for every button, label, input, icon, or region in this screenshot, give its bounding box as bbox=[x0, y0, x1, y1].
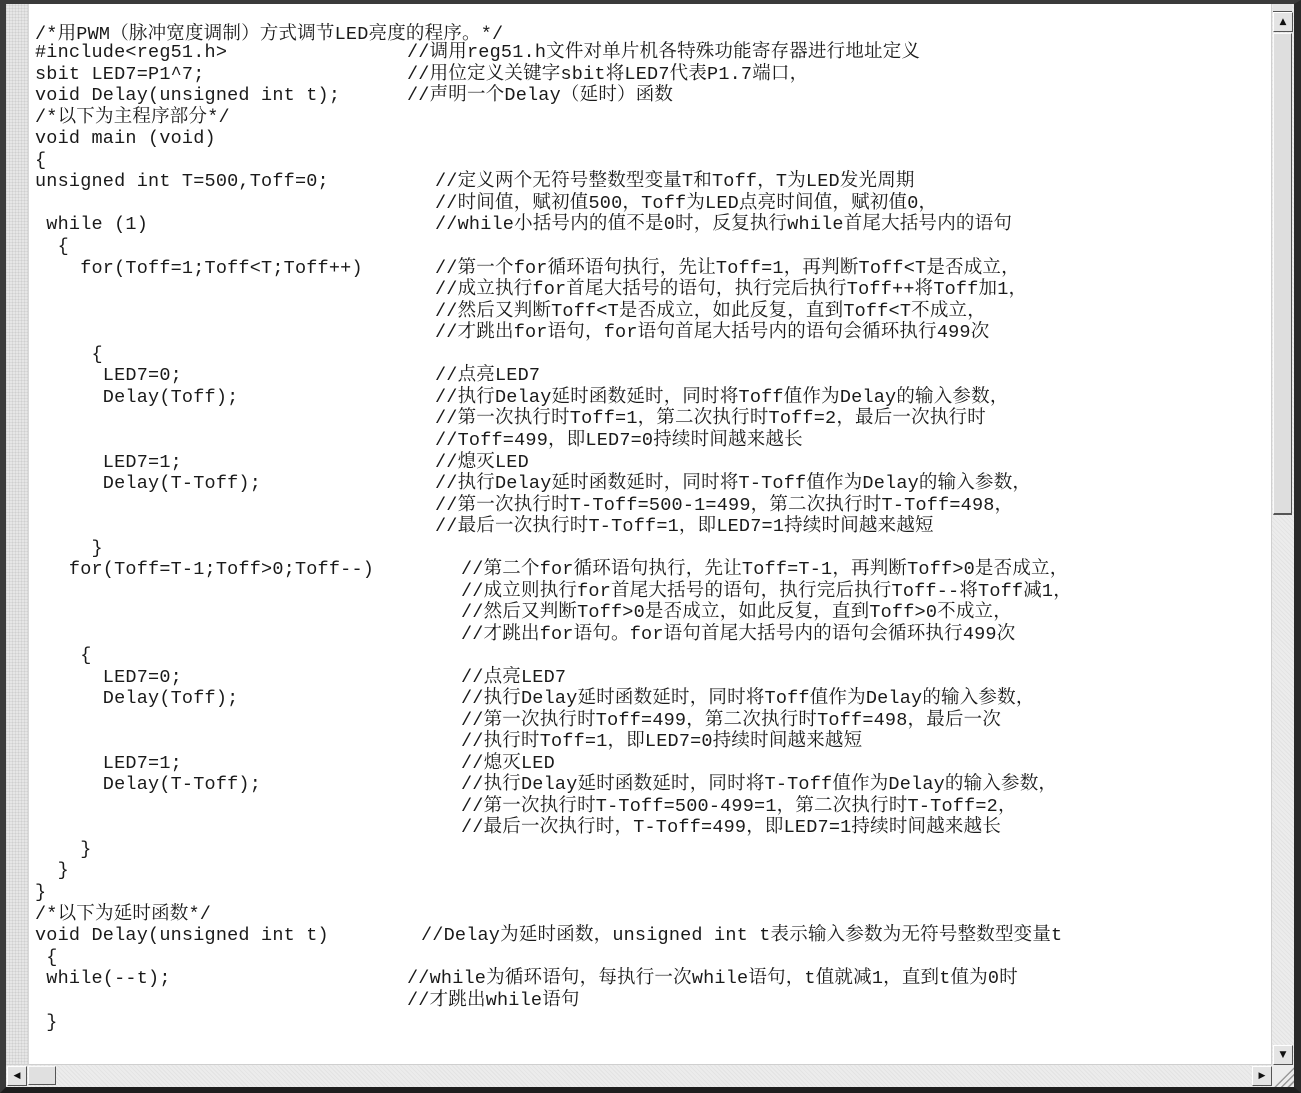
code-comment: //执行Delay延时函数延时，同时将Toff值作为Delay的输入参数， bbox=[461, 688, 1035, 710]
code-line: LED7=0; bbox=[35, 667, 182, 689]
code-line: LED7=0; bbox=[35, 365, 182, 387]
code-comment: //while为循环语句，每执行一次while语句，t值就减1，直到t值为0时 bbox=[407, 968, 1018, 990]
code-line: Delay(Toff); bbox=[35, 387, 238, 409]
horizontal-scroll-thumb[interactable] bbox=[28, 1066, 56, 1085]
code-comment: //最后一次执行时，T-Toff=499，即LED7=1持续时间越来越长 bbox=[461, 817, 1001, 839]
code-comment: //执行Delay延时函数延时，同时将T-Toff值作为Delay的输入参数， bbox=[461, 774, 1057, 796]
arrow-down-icon: ▼ bbox=[1280, 1050, 1287, 1060]
vertical-scrollbar[interactable]: ▲ ▼ bbox=[1271, 4, 1294, 1065]
code-comment: //熄灭LED bbox=[461, 753, 555, 775]
code-line: while(--t); bbox=[35, 968, 171, 990]
code-comment: //第一次执行时T-Toff=500-499=1，第二次执行时T-Toff=2， bbox=[461, 796, 1017, 818]
code-comment: //Delay为延时函数，unsigned int t表示输入参数为无符号整数型… bbox=[421, 925, 1062, 947]
code-line: for(Toff=1;Toff<T;Toff++) bbox=[35, 258, 363, 280]
code-line: LED7=1; bbox=[35, 753, 182, 775]
code-comment: //然后又判断Toff<T是否成立，如此反复，直到Toff<T不成立， bbox=[435, 301, 986, 323]
code-comment: //第一次执行时Toff=1，第二次执行时Toff=2，最后一次执行时 bbox=[435, 408, 986, 430]
code-comment: //点亮LED7 bbox=[435, 365, 540, 387]
scroll-down-button[interactable]: ▼ bbox=[1273, 1045, 1293, 1065]
code-line: Delay(T-Toff); bbox=[35, 473, 261, 495]
code-comment: //用位定义关键字sbit将LED7代表P1.7端口， bbox=[407, 64, 808, 86]
code-comment: //调用reg51.h文件对单片机各特殊功能寄存器进行地址定义 bbox=[407, 42, 920, 64]
code-line: { bbox=[35, 236, 69, 258]
code-line: for(Toff=T-1;Toff>0;Toff--) bbox=[35, 559, 374, 581]
code-comment: //while小括号内的值不是0时，反复执行while首尾大括号内的语句 bbox=[435, 214, 1012, 236]
code-line: void Delay(unsigned int t) bbox=[35, 925, 329, 947]
code-comment: //才跳出for语句。for语句首尾大括号内的语句会循环执行499次 bbox=[461, 624, 1015, 646]
code-comment: //时间值，赋初值500，Toff为LED点亮时间值，赋初值0， bbox=[435, 193, 937, 215]
editor-gutter bbox=[6, 4, 29, 1065]
code-line: #include<reg51.h> bbox=[35, 42, 227, 64]
code-line: } bbox=[35, 860, 69, 882]
code-comment: //点亮LED7 bbox=[461, 667, 566, 689]
code-line: { bbox=[35, 645, 92, 667]
code-comment: //第一个for循环语句执行，先让Toff=1，再判断Toff<T是否成立， bbox=[435, 258, 1020, 280]
code-line: { bbox=[35, 344, 103, 366]
code-comment: //第一次执行时Toff=499，第二次执行时Toff=498，最后一次 bbox=[461, 710, 1001, 732]
code-comment: //定义两个无符号整数型变量T和Toff，T为LED发光周期 bbox=[435, 171, 915, 193]
code-line: void Delay(unsigned int t); bbox=[35, 85, 340, 107]
scroll-up-button[interactable]: ▲ bbox=[1273, 12, 1293, 32]
code-comment: //Toff=499，即LED7=0持续时间越来越长 bbox=[435, 430, 803, 452]
scroll-right-button[interactable]: ▶ bbox=[1252, 1066, 1272, 1086]
code-line: { bbox=[35, 150, 46, 172]
arrow-left-icon: ◀ bbox=[14, 1071, 21, 1081]
resize-grip-icon[interactable] bbox=[1272, 1065, 1294, 1087]
code-comment: //执行Delay延时函数延时，同时将T-Toff值作为Delay的输入参数， bbox=[435, 473, 1031, 495]
code-line: unsigned int T=500,Toff=0; bbox=[35, 171, 329, 193]
code-editor-window: /*用PWM（脉冲宽度调制）方式调节LED亮度的程序。*/#include<re… bbox=[0, 0, 1301, 1093]
horizontal-scrollbar[interactable]: ◀ ▶ bbox=[6, 1064, 1272, 1087]
code-line: Delay(T-Toff); bbox=[35, 774, 261, 796]
code-line: } bbox=[35, 839, 92, 861]
code-line: sbit LED7=P1^7; bbox=[35, 64, 205, 86]
code-line: /*以下为延时函数*/ bbox=[35, 904, 211, 926]
code-line: LED7=1; bbox=[35, 452, 182, 474]
code-comment: //第二个for循环语句执行，先让Toff=T-1，再判断Toff>0是否成立， bbox=[461, 559, 1068, 581]
code-comment: //执行Delay延时函数延时，同时将Toff值作为Delay的输入参数， bbox=[435, 387, 1009, 409]
code-comment: //然后又判断Toff>0是否成立，如此反复，直到Toff>0不成立， bbox=[461, 602, 1012, 624]
code-comment: //声明一个Delay（延时）函数 bbox=[407, 85, 673, 107]
code-editor-text-area[interactable]: /*用PWM（脉冲宽度调制）方式调节LED亮度的程序。*/#include<re… bbox=[29, 4, 1272, 1065]
code-line: while (1) bbox=[35, 214, 148, 236]
code-line: } bbox=[35, 1012, 58, 1034]
arrow-right-icon: ▶ bbox=[1259, 1071, 1266, 1081]
code-line: /*以下为主程序部分*/ bbox=[35, 107, 230, 129]
code-comment: //第一次执行时T-Toff=500-1=499，第二次执行时T-Toff=49… bbox=[435, 495, 1013, 517]
code-comment: //成立则执行for首尾大括号的语句，执行完后执行Toff--将Toff减1， bbox=[461, 581, 1072, 603]
code-comment: //最后一次执行时T-Toff=1，即LED7=1持续时间越来越短 bbox=[435, 516, 934, 538]
code-comment: //才跳出for语句，for语句首尾大括号内的语句会循环执行499次 bbox=[435, 322, 989, 344]
code-comment: //才跳出while语句 bbox=[407, 990, 580, 1012]
arrow-up-icon: ▲ bbox=[1280, 17, 1287, 27]
code-comment: //执行时Toff=1，即LED7=0持续时间越来越短 bbox=[461, 731, 862, 753]
code-line: Delay(Toff); bbox=[35, 688, 238, 710]
vertical-scroll-thumb[interactable] bbox=[1273, 33, 1292, 515]
code-line: void main (void) bbox=[35, 128, 216, 150]
code-line: { bbox=[35, 947, 58, 969]
code-line: } bbox=[35, 538, 103, 560]
code-comment: //熄灭LED bbox=[435, 452, 529, 474]
scroll-left-button[interactable]: ◀ bbox=[7, 1066, 27, 1086]
code-line: } bbox=[35, 882, 46, 904]
code-comment: //成立执行for首尾大括号的语句，执行完后执行Toff++将Toff加1， bbox=[435, 279, 1027, 301]
scrollbar-top-cap bbox=[1273, 4, 1292, 12]
